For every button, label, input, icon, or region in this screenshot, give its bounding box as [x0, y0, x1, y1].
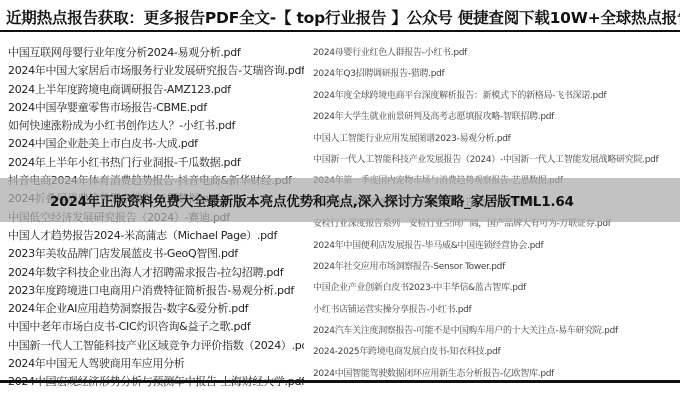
list-item[interactable]: 2024上半年度跨境电商调研报告-AMZ123.pdf	[8, 81, 304, 99]
list-item[interactable]: 中国中老年市场白皮书-CIC灼识咨询&益子之歌.pdf	[8, 318, 304, 336]
list-item[interactable]: 2024中国孕婴童零售市场报告-CBME.pdf	[8, 99, 304, 117]
list-item[interactable]: 2023年美妆品牌门店发展蓝皮书-GeoQ智图.pdf	[8, 245, 304, 263]
list-item[interactable]: 2024汽车关注度洞察报告-可能不是中国购车用户的十大关注点-易车研究院.pdf	[313, 321, 678, 342]
list-item[interactable]: 小红书店铺运营实操分享报告-小红书.pdf	[313, 300, 678, 321]
list-item[interactable]: 2024-2025年跨境电商发展白皮书-知衣科技.pdf	[313, 342, 678, 363]
list-item[interactable]: 中国企业产业创新白皮书2023-中丰华信&蓝古智库.pdf	[313, 278, 678, 299]
list-item[interactable]: 2024年企业AI应用趋势洞察报告-数字&爱分析.pdf	[8, 300, 304, 318]
list-item[interactable]: 中国人工智能行业应用发展图谱2023-易观分析.pdf	[313, 129, 678, 150]
list-item[interactable]: 2024母婴行业红色人群报告-小红书.pdf	[313, 43, 678, 64]
list-item[interactable]: 2024年社交应用市场洞察报告-Sensor Tower.pdf	[313, 257, 678, 278]
list-item[interactable]: 如何快速涨粉成为小红书创作达人？-小红书.pdf	[8, 117, 304, 135]
list-item[interactable]: 2024年Q3招聘调研报告-猎聘.pdf	[313, 64, 678, 85]
list-item[interactable]: 2024年大学生就业前景研判及高考志愿填报攻略-智联招聘.pdf	[313, 107, 678, 128]
list-item[interactable]: 中国新一代人工智能科技产业区域竞争力评价指数（2024）.pdf	[8, 337, 304, 355]
list-item[interactable]: 2024年上半年小红书热门行业洞报-千瓜数据.pdf	[8, 154, 304, 172]
footer-divider	[0, 380, 680, 383]
overlay-banner-title: 2024年正版资料免费大全最新版本亮点优势和亮点,深入探讨方案策略_家居版TML…	[50, 190, 650, 210]
list-item[interactable]: 2024年中国无人驾驶商用车应用分析	[8, 355, 304, 373]
page-header-title: 近期热点报告获取：更多报告PDF全文-【 top行业报告 】公众号 便捷查阅下载…	[6, 6, 680, 28]
list-item[interactable]: 2024年数字科技企业出海人才招聘需求报告-拉勾招聘.pdf	[8, 264, 304, 282]
list-item[interactable]: 中国人才趋势报告2024-米高蒲志（Michael Page）.pdf	[8, 227, 304, 245]
header-divider	[0, 30, 680, 32]
list-item[interactable]: 2024中国企业赴美上市白皮书-大成.pdf	[8, 135, 304, 153]
list-item[interactable]: 中国互联网母婴行业年度分析2024-易观分析.pdf	[8, 44, 304, 62]
list-item[interactable]: 中国新一代人工智能科技产业发展报告（2024）-中国新一代人工智能发展战略研究院…	[313, 150, 678, 171]
list-item[interactable]: 2024年中国便利店发展报告-毕马威&中国连锁经营协会.pdf	[313, 236, 678, 257]
list-item[interactable]: 2024年中国大家居后市场服务行业发展研究报告-艾瑞咨询.pdf	[8, 62, 304, 80]
list-item[interactable]: 2024年度全球跨境电商平台深度解析报告：新模式下的新格局-飞书深诺.pdf	[313, 86, 678, 107]
list-item[interactable]: 2023年度跨境进口电商用户消费特征简析报告-易观分析.pdf	[8, 282, 304, 300]
